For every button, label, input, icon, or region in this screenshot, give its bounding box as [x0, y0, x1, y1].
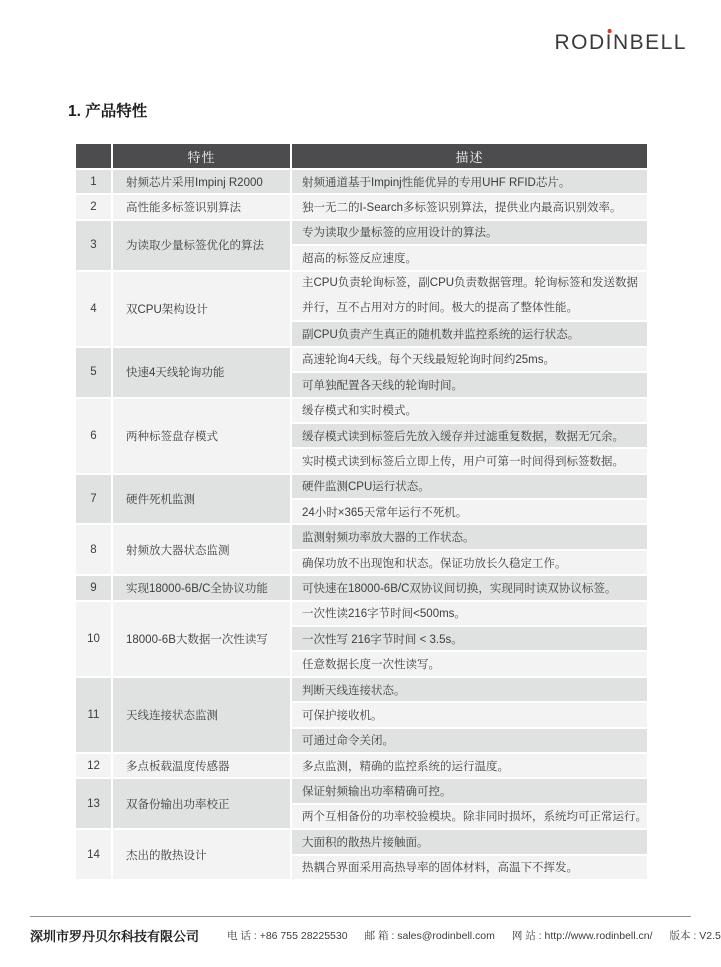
table-row: 8射频放大器状态监测监测射频功率放大器的工作状态。确保功放不出现饱和状态。保证功… [76, 525, 647, 574]
footer-website: 网 站 : http://www.rodinbell.cn/ [512, 928, 653, 943]
description-cell: 一次性写 216字节时间 < 3.5s。 [292, 627, 647, 650]
row-number-cell: 10 [76, 602, 111, 676]
table-row: 4双CPU架构设计主CPU负责轮询标签，副CPU负责数据管理。轮询标签和发送数据… [76, 272, 647, 346]
description-cell: 射频通道基于Impinj性能优异的专用UHF RFID芯片。 [292, 170, 647, 193]
row-number-cell: 3 [76, 221, 111, 270]
description-cells: 多点监测，精确的监控系统的运行温度。 [292, 754, 647, 777]
header-number-cell [76, 144, 111, 168]
description-cells: 大面积的散热片接触面。热耦合界面采用高热导率的固体材料，高温下不挥发。 [292, 830, 647, 879]
description-cells: 专为读取少量标签的应用设计的算法。超高的标签反应速度。 [292, 221, 647, 270]
description-cells: 可快速在18000-6B/C双协议间切换，实现同时读双协议标签。 [292, 576, 647, 599]
feature-cell: 天线连接状态监测 [113, 678, 290, 752]
row-number-cell: 2 [76, 195, 111, 218]
row-number-cell: 12 [76, 754, 111, 777]
description-cell: 大面积的散热片接触面。 [292, 830, 647, 853]
table-row: 1018000-6B大数据一次性读写一次性读216字节时间<500ms。一次性写… [76, 602, 647, 676]
table-row: 3为读取少量标签优化的算法专为读取少量标签的应用设计的算法。超高的标签反应速度。 [76, 221, 647, 270]
description-cell: 监测射频功率放大器的工作状态。 [292, 525, 647, 548]
description-cells: 主CPU负责轮询标签，副CPU负责数据管理。轮询标签和发送数据并行，互不占用对方… [292, 272, 647, 346]
description-cell: 24小时×365天常年运行不死机。 [292, 500, 647, 523]
logo-text-left: ROD [554, 31, 605, 54]
description-cells: 高速轮询4天线。每个天线最短轮询时间约25ms。可单独配置各天线的轮询时间。 [292, 348, 647, 397]
row-number-cell: 7 [76, 475, 111, 524]
description-cell: 硬件监测CPU运行状态。 [292, 475, 647, 498]
feature-cell: 高性能多标签识别算法 [113, 195, 290, 218]
table-row: 11天线连接状态监测判断天线连接状态。可保护接收机。可通过命令关闭。 [76, 678, 647, 752]
section-title: 1. 产品特性 [68, 99, 147, 121]
description-cell: 超高的标签反应速度。 [292, 246, 647, 269]
table-row: 14杰出的散热设计大面积的散热片接触面。热耦合界面采用高热导率的固体材料，高温下… [76, 830, 647, 879]
description-cells: 监测射频功率放大器的工作状态。确保功放不出现饱和状态。保证功放长久稳定工作。 [292, 525, 647, 574]
footer-version: 版本 : V2.5 [670, 928, 721, 943]
row-number-cell: 14 [76, 830, 111, 879]
footer-version-label: 版本 : [670, 930, 700, 942]
description-cell: 独一无二的I-Search多标签识别算法，提供业内最高识别效率。 [292, 195, 647, 218]
footer-website-label: 网 站 : [512, 930, 545, 942]
table-row: 6两种标签盘存模式缓存模式和实时模式。缓存模式读到标签后先放入缓存并过滤重复数据… [76, 399, 647, 473]
feature-cell: 双CPU架构设计 [113, 272, 290, 346]
description-cell: 主CPU负责轮询标签，副CPU负责数据管理。轮询标签和发送数据并行，互不占用对方… [292, 272, 647, 321]
feature-cell: 射频芯片采用Impinj R2000 [113, 170, 290, 193]
features-table: 特性 描述 1射频芯片采用Impinj R2000射频通道基于Impinj性能优… [76, 144, 647, 879]
row-number-cell: 6 [76, 399, 111, 473]
table-header-row: 特性 描述 [76, 144, 647, 168]
description-cell: 缓存模式读到标签后先放入缓存并过滤重复数据，数据无冗余。 [292, 424, 647, 447]
description-cell: 判断天线连接状态。 [292, 678, 647, 701]
description-cell: 可通过命令关闭。 [292, 729, 647, 752]
footer-email-value: sales@rodinbell.com [397, 930, 495, 942]
description-cell: 一次性读216字节时间<500ms。 [292, 602, 647, 625]
feature-cell: 多点板载温度传感器 [113, 754, 290, 777]
header-feature-cell: 特性 [113, 144, 290, 168]
footer-company-name: 深圳市罗丹贝尔科技有限公司 [30, 926, 199, 945]
page-footer: 深圳市罗丹贝尔科技有限公司 电 话 : +86 755 28225530 邮 箱… [30, 916, 691, 945]
table-row: 9实现18000-6B/C全协议功能可快速在18000-6B/C双协议间切换，实… [76, 576, 647, 599]
feature-cell: 为读取少量标签优化的算法 [113, 221, 290, 270]
description-cells: 硬件监测CPU运行状态。24小时×365天常年运行不死机。 [292, 475, 647, 524]
description-cells: 缓存模式和实时模式。缓存模式读到标签后先放入缓存并过滤重复数据，数据无冗余。实时… [292, 399, 647, 473]
footer-website-value: http://www.rodinbell.cn/ [545, 930, 653, 942]
feature-cell: 快速4天线轮询功能 [113, 348, 290, 397]
table-row: 1射频芯片采用Impinj R2000射频通道基于Impinj性能优异的专用UH… [76, 170, 647, 193]
header-description-cell: 描述 [292, 144, 647, 168]
description-cell: 多点监测，精确的监控系统的运行温度。 [292, 754, 647, 777]
feature-cell: 杰出的散热设计 [113, 830, 290, 879]
row-number-cell: 11 [76, 678, 111, 752]
logo-red-dot-icon [608, 29, 612, 33]
logo-letter-i: I [606, 31, 613, 55]
description-cell: 副CPU负责产生真正的随机数并监控系统的运行状态。 [292, 322, 647, 345]
table-body: 1射频芯片采用Impinj R2000射频通道基于Impinj性能优异的专用UH… [76, 170, 647, 879]
description-cell: 实时模式读到标签后立即上传，用户可第一时间得到标签数据。 [292, 449, 647, 472]
description-cell: 可快速在18000-6B/C双协议间切换，实现同时读双协议标签。 [292, 576, 647, 599]
description-cell: 可单独配置各天线的轮询时间。 [292, 373, 647, 396]
footer-email: 邮 箱 : sales@rodinbell.com [365, 928, 495, 943]
table-row: 2高性能多标签识别算法独一无二的I-Search多标签识别算法，提供业内最高识别… [76, 195, 647, 218]
description-cell: 两个互相备份的功率校验模块。除非同时损坏，系统均可正常运行。 [292, 805, 647, 828]
row-number-cell: 1 [76, 170, 111, 193]
document-page: RODINBELL 1. 产品特性 特性 描述 1射频芯片采用Impinj R2… [0, 0, 721, 967]
description-cells: 一次性读216字节时间<500ms。一次性写 216字节时间 < 3.5s。任意… [292, 602, 647, 676]
description-cell: 确保功放不出现饱和状态。保证功放长久稳定工作。 [292, 551, 647, 574]
feature-cell: 18000-6B大数据一次性读写 [113, 602, 290, 676]
table-row: 5快速4天线轮询功能高速轮询4天线。每个天线最短轮询时间约25ms。可单独配置各… [76, 348, 647, 397]
table-row: 12多点板载温度传感器多点监测，精确的监控系统的运行温度。 [76, 754, 647, 777]
footer-phone: 电 话 : +86 755 28225530 [227, 928, 348, 943]
row-number-cell: 9 [76, 576, 111, 599]
row-number-cell: 13 [76, 779, 111, 828]
rodinbell-logo: RODINBELL [554, 31, 687, 55]
feature-cell: 双备份输出功率校正 [113, 779, 290, 828]
footer-phone-label: 电 话 : [227, 930, 260, 942]
description-cells: 保证射频输出功率精确可控。两个互相备份的功率校验模块。除非同时损坏，系统均可正常… [292, 779, 647, 828]
logo-letter-i-glyph: I [606, 31, 613, 54]
feature-cell: 实现18000-6B/C全协议功能 [113, 576, 290, 599]
table-row: 13双备份输出功率校正保证射频输出功率精确可控。两个互相备份的功率校验模块。除非… [76, 779, 647, 828]
feature-cell: 射频放大器状态监测 [113, 525, 290, 574]
row-number-cell: 8 [76, 525, 111, 574]
logo-text-right: NBELL [613, 31, 687, 54]
footer-phone-value: +86 755 28225530 [260, 930, 348, 942]
description-cells: 判断天线连接状态。可保护接收机。可通过命令关闭。 [292, 678, 647, 752]
row-number-cell: 5 [76, 348, 111, 397]
description-cell: 专为读取少量标签的应用设计的算法。 [292, 221, 647, 244]
description-cell: 高速轮询4天线。每个天线最短轮询时间约25ms。 [292, 348, 647, 371]
footer-email-label: 邮 箱 : [365, 930, 398, 942]
description-cells: 独一无二的I-Search多标签识别算法，提供业内最高识别效率。 [292, 195, 647, 218]
description-cell: 保证射频输出功率精确可控。 [292, 779, 647, 802]
feature-cell: 两种标签盘存模式 [113, 399, 290, 473]
table-row: 7硬件死机监测硬件监测CPU运行状态。24小时×365天常年运行不死机。 [76, 475, 647, 524]
description-cell: 热耦合界面采用高热导率的固体材料，高温下不挥发。 [292, 856, 647, 879]
description-cell: 缓存模式和实时模式。 [292, 399, 647, 422]
description-cell: 可保护接收机。 [292, 703, 647, 726]
description-cells: 射频通道基于Impinj性能优异的专用UHF RFID芯片。 [292, 170, 647, 193]
feature-cell: 硬件死机监测 [113, 475, 290, 524]
row-number-cell: 4 [76, 272, 111, 346]
footer-version-value: V2.5 [699, 930, 721, 942]
description-cell: 任意数据长度一次性读写。 [292, 652, 647, 675]
